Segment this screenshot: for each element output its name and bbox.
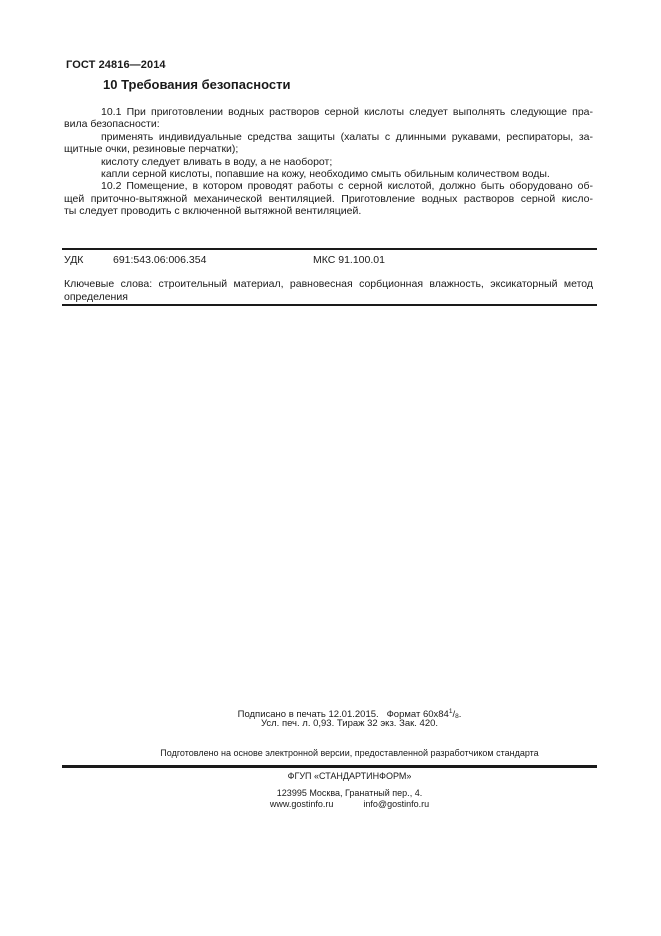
body-line: 10.2 Помещение, в котором проводят работ…	[64, 180, 593, 192]
publisher-contacts: www.gostinfo.ru info@gostinfo.ru	[0, 798, 661, 810]
imprint-volume-line: Усл. печ. л. 0,93. Тираж 32 экз. Зак. 42…	[0, 718, 661, 730]
classification-row: УДК 691:543.06:006.354 МКС 91.100.01	[64, 254, 593, 266]
body-line: вила безопасности:	[64, 118, 593, 130]
body-line: применять индивидуальные средства защиты…	[64, 131, 593, 143]
body-line: 10.1 При приготовлении водных растворов …	[64, 106, 593, 118]
divider-publisher	[62, 765, 597, 768]
publisher-name: ФГУП «СТАНДАРТИНФОРМ»	[0, 770, 661, 782]
keywords-block: Ключевые слова: строительный материал, р…	[64, 278, 593, 303]
body-line: щитные очки, резиновые перчатки);	[64, 143, 593, 155]
section-title: 10 Требования безопасности	[103, 77, 290, 92]
publisher-website: www.gostinfo.ru	[270, 798, 334, 810]
imprint-prepared-line: Подготовлено на основе электронной верси…	[0, 747, 661, 759]
divider-classification	[62, 248, 597, 250]
body-line: ты следует проводить с включенной вытяжн…	[64, 205, 593, 217]
running-header: ГОСТ 24816—2014	[66, 59, 166, 71]
mks-code: МКС 91.100.01	[313, 254, 385, 266]
divider-keywords	[62, 304, 597, 306]
document-page: ГОСТ 24816—2014 10 Требования безопаснос…	[0, 0, 661, 936]
udk-value: 691:543.06:006.354	[113, 254, 313, 266]
keywords-line: определения	[64, 291, 593, 304]
safety-requirements-text: 10.1 При приготовлении водных растворов …	[64, 106, 593, 218]
body-line: кислоту следует вливать в воду, а не нао…	[64, 156, 593, 168]
publisher-email: info@gostinfo.ru	[363, 798, 429, 810]
udk-label: УДК	[64, 254, 113, 266]
body-line: капли серной кислоты, попавшие на кожу, …	[64, 168, 593, 180]
body-line: щей приточно-вытяжной механической венти…	[64, 193, 593, 205]
keywords-line: Ключевые слова: строительный материал, р…	[64, 278, 593, 291]
